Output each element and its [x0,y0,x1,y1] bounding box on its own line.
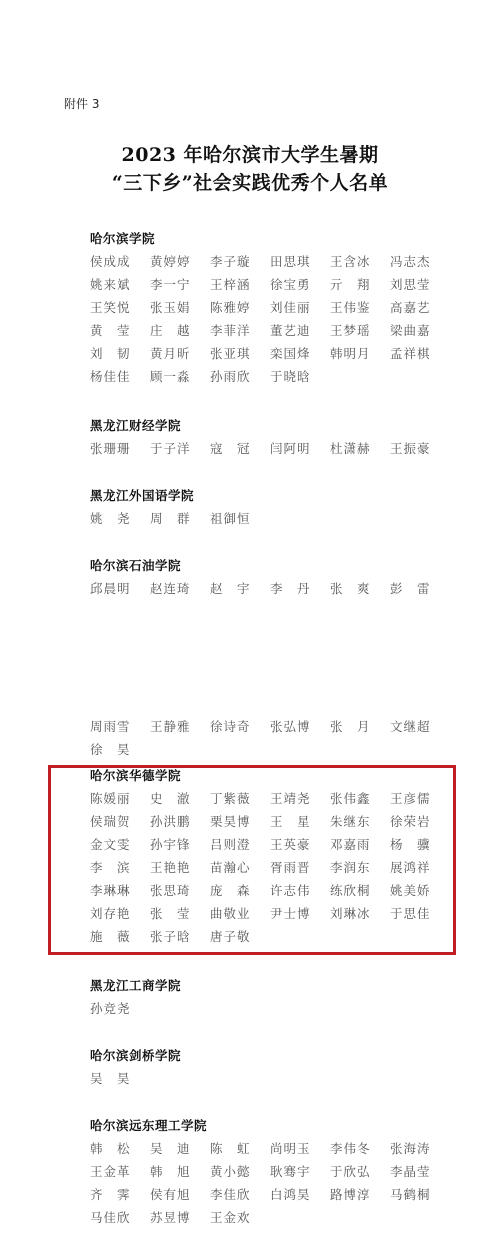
student-name: 杨 骥 [390,833,450,856]
student-name: 周雨雪 [90,715,150,738]
student-name: 王梦瑶 [330,319,390,342]
student-name: 刘思莹 [390,273,450,296]
student-name: 王 星 [270,810,330,833]
student-name: 于思佳 [390,902,450,925]
student-name: 顾一淼 [150,365,210,388]
student-name: 孙竞尧 [90,997,150,1020]
student-name: 张 爽 [330,577,390,600]
student-name: 侯瑞贺 [90,810,150,833]
student-name: 王英豪 [270,833,330,856]
student-name: 许志伟 [270,879,330,902]
student-name: 侯有旭 [150,1183,210,1206]
student-name: 祖御恒 [210,507,270,530]
student-name: 张思琦 [150,879,210,902]
student-name: 闫阿明 [270,437,330,460]
student-name: 王含冰 [330,250,390,273]
student-name: 韩明月 [330,342,390,365]
student-name: 李琳琳 [90,879,150,902]
section-harbin-far-east: 哈尔滨远东理工学院韩 松吴 迪陈 虹尚明玉李伟冬张海涛王金革韩 旭黄小懿耿骞宇于… [90,1115,470,1229]
student-name: 王艳艳 [150,856,210,879]
student-name: 栗昊博 [210,810,270,833]
student-name: 亓 翔 [330,273,390,296]
name-list: 周雨雪王静雅徐诗奇张弘博张 月文继超徐 昊 [90,715,470,761]
section-harbin-university: 哈尔滨学院侯成成黄婷婷李子璇田思琪王含冰冯志杰姚来斌李一宁王梓涵徐宝勇亓 翔刘思… [90,228,470,388]
student-name: 施 薇 [90,925,150,948]
student-name: 刘 韧 [90,342,150,365]
student-name: 李伟冬 [330,1137,390,1160]
student-name: 陈 虹 [210,1137,270,1160]
section-continued-names: 周雨雪王静雅徐诗奇张弘博张 月文继超徐 昊 [90,715,470,761]
student-name: 孟祥棋 [390,342,450,365]
school-name: 黑龙江工商学院 [90,975,470,997]
student-name: 于晓晗 [270,365,330,388]
student-name: 尹士博 [270,902,330,925]
student-name: 李 滨 [90,856,150,879]
student-name: 周 群 [150,507,210,530]
section-heilongjiang-finance: 黑龙江财经学院张珊珊于子洋寇 冠闫阿明杜潇赫王振豪 [90,415,470,460]
student-name: 刘存艳 [90,902,150,925]
school-name: 黑龙江外国语学院 [90,485,470,507]
student-name: 王梓涵 [210,273,270,296]
name-list: 孙竞尧 [90,997,470,1020]
document-title-line1: 2023 年哈尔滨市大学生暑期 [0,140,500,167]
student-name: 杜潇赫 [330,437,390,460]
student-name: 姚 尧 [90,507,150,530]
student-name: 张玉娟 [150,296,210,319]
school-name: 哈尔滨远东理工学院 [90,1115,470,1137]
student-name: 于欣弘 [330,1160,390,1183]
student-name: 张 莹 [150,902,210,925]
student-name: 高嘉艺 [390,296,450,319]
student-name: 韩 松 [90,1137,150,1160]
student-name: 于子洋 [150,437,210,460]
student-name: 田思琪 [270,250,330,273]
student-name: 吴 昊 [90,1067,150,1090]
student-name: 彭 雷 [390,577,450,600]
student-name: 路博淳 [330,1183,390,1206]
student-name: 张珊珊 [90,437,150,460]
student-name: 黄小懿 [210,1160,270,1183]
student-name: 邱晨明 [90,577,150,600]
document-title-line2: “三下乡”社会实践优秀个人名单 [0,168,500,195]
section-heilongjiang-business: 黑龙江工商学院孙竞尧 [90,975,470,1020]
student-name: 朱继东 [330,810,390,833]
student-name: 庄 越 [150,319,210,342]
student-name: 董艺迪 [270,319,330,342]
student-name: 孙宇锋 [150,833,210,856]
school-name: 哈尔滨华德学院 [90,765,470,787]
student-name: 梁曲嘉 [390,319,450,342]
section-harbin-cambridge: 哈尔滨剑桥学院吴 昊 [90,1045,470,1090]
student-name: 陈媛丽 [90,787,150,810]
student-name: 马佳欣 [90,1206,150,1229]
student-name: 寇 冠 [210,437,270,460]
name-list: 姚 尧周 群祖御恒 [90,507,470,530]
student-name: 丁紫薇 [210,787,270,810]
student-name: 杨佳佳 [90,365,150,388]
school-name: 哈尔滨石油学院 [90,555,470,577]
student-name: 王笑悦 [90,296,150,319]
student-name: 孙洪鹏 [150,810,210,833]
school-name: 哈尔滨学院 [90,228,470,250]
student-name: 徐荣岩 [390,810,450,833]
student-name: 文继超 [390,715,450,738]
student-name: 马鹤桐 [390,1183,450,1206]
student-name: 胥雨晋 [270,856,330,879]
section-harbin-petroleum: 哈尔滨石油学院邱晨明赵连琦赵 宇李 丹张 爽彭 雷 [90,555,470,600]
student-name: 王伟鉴 [330,296,390,319]
student-name: 刘佳丽 [270,296,330,319]
student-name: 陈雅婷 [210,296,270,319]
attachment-label: 附件 3 [64,95,99,112]
student-name: 张 月 [330,715,390,738]
student-name: 张海涛 [390,1137,450,1160]
student-name: 白鸿昊 [270,1183,330,1206]
student-name: 侯成成 [90,250,150,273]
student-name: 李子璇 [210,250,270,273]
school-name: 哈尔滨剑桥学院 [90,1045,470,1067]
name-list: 张珊珊于子洋寇 冠闫阿明杜潇赫王振豪 [90,437,470,460]
student-name: 赵连琦 [150,577,210,600]
student-name: 赵 宇 [210,577,270,600]
student-name: 邓嘉雨 [330,833,390,856]
student-name: 冯志杰 [390,250,450,273]
student-name: 李 丹 [270,577,330,600]
student-name: 王金革 [90,1160,150,1183]
student-name: 王彦儒 [390,787,450,810]
student-name: 唐子敬 [210,925,270,948]
student-name: 姚美娇 [390,879,450,902]
student-name: 李一宁 [150,273,210,296]
student-name: 李晶莹 [390,1160,450,1183]
student-name: 徐诗奇 [210,715,270,738]
student-name: 展鸿祥 [390,856,450,879]
student-name: 韩 旭 [150,1160,210,1183]
student-name: 黄 莹 [90,319,150,342]
student-name: 张亚琪 [210,342,270,365]
student-name: 吴 迪 [150,1137,210,1160]
section-harbin-huade: 哈尔滨华德学院陈媛丽史 澈丁紫薇王靖尧张伟鑫王彦儒侯瑞贺孙洪鹏栗昊博王 星朱继东… [90,765,470,948]
student-name: 王靖尧 [270,787,330,810]
name-list: 邱晨明赵连琦赵 宇李 丹张 爽彭 雷 [90,577,470,600]
student-name: 齐 霁 [90,1183,150,1206]
student-name: 刘琳冰 [330,902,390,925]
student-name: 张伟鑫 [330,787,390,810]
student-name: 李佳欣 [210,1183,270,1206]
student-name: 尚明玉 [270,1137,330,1160]
name-list: 韩 松吴 迪陈 虹尚明玉李伟冬张海涛王金革韩 旭黄小懿耿骞宇于欣弘李晶莹齐 霁侯… [90,1137,470,1229]
section-heilongjiang-foreign-languages: 黑龙江外国语学院姚 尧周 群祖御恒 [90,485,470,530]
student-name: 吕则澄 [210,833,270,856]
student-name: 王振豪 [390,437,450,460]
name-list: 吴 昊 [90,1067,470,1090]
student-name: 王金欢 [210,1206,270,1229]
school-name: 黑龙江财经学院 [90,415,470,437]
student-name: 史 澈 [150,787,210,810]
student-name: 张子晗 [150,925,210,948]
student-name: 李菲洋 [210,319,270,342]
student-name: 李润东 [330,856,390,879]
student-name: 金文雯 [90,833,150,856]
student-name: 姚来斌 [90,273,150,296]
student-name: 张弘博 [270,715,330,738]
student-name: 徐宝勇 [270,273,330,296]
student-name: 王静雅 [150,715,210,738]
name-list: 侯成成黄婷婷李子璇田思琪王含冰冯志杰姚来斌李一宁王梓涵徐宝勇亓 翔刘思莹王笑悦张… [90,250,470,388]
student-name: 黄月昕 [150,342,210,365]
student-name: 徐 昊 [90,738,150,761]
student-name: 栾国烽 [270,342,330,365]
student-name: 曲敬业 [210,902,270,925]
student-name: 黄婷婷 [150,250,210,273]
student-name: 练欣桐 [330,879,390,902]
name-list: 陈媛丽史 澈丁紫薇王靖尧张伟鑫王彦儒侯瑞贺孙洪鹏栗昊博王 星朱继东徐荣岩金文雯孙… [90,787,470,948]
student-name: 苏昱博 [150,1206,210,1229]
student-name: 孙雨欣 [210,365,270,388]
student-name: 庞 森 [210,879,270,902]
student-name: 苗瀚心 [210,856,270,879]
student-name: 耿骞宇 [270,1160,330,1183]
